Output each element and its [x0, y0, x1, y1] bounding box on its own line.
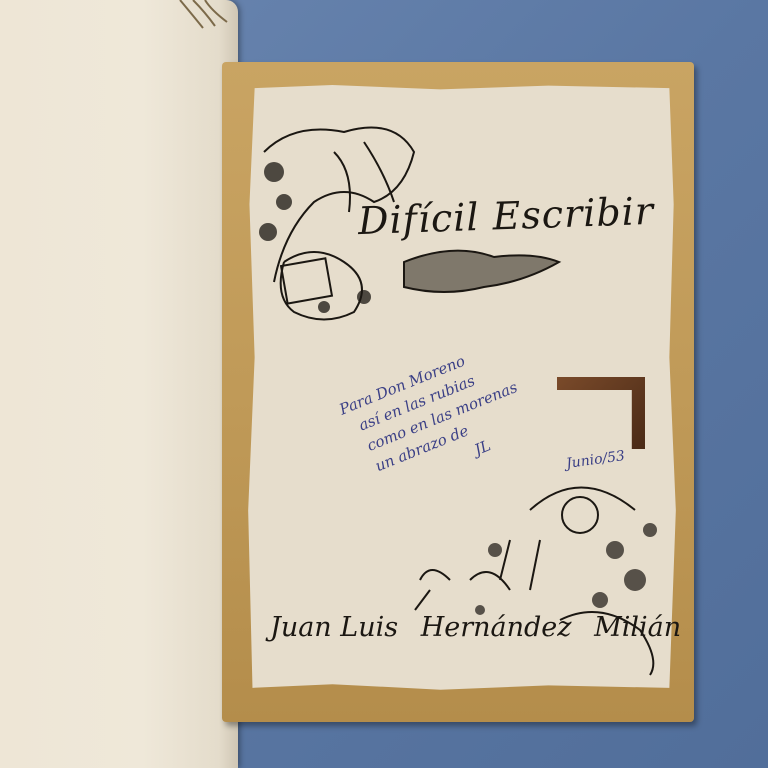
binding-string — [175, 0, 235, 30]
author-middle-name: Hernández — [421, 612, 572, 643]
author-first-name: Juan Luis — [270, 612, 398, 643]
author-last-name: Milián — [594, 612, 681, 643]
left-blank-page — [0, 0, 238, 768]
bottom-ink-illustration — [410, 470, 670, 680]
author-name: Juan Luis Hernández Milián — [270, 612, 695, 643]
